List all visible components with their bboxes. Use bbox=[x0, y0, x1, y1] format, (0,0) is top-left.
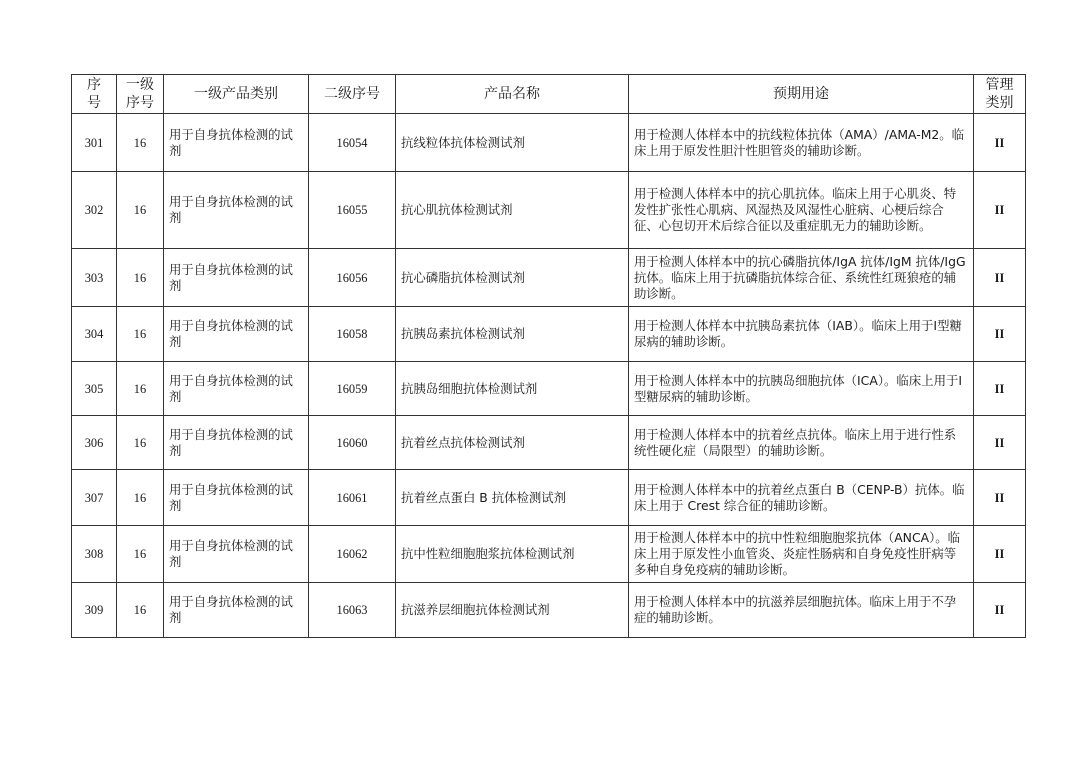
cell-management-class: II bbox=[974, 172, 1026, 249]
cell-level1-seq: 16 bbox=[117, 470, 164, 526]
header-level1-category: 一级产品类别 bbox=[164, 75, 309, 114]
cell-level1-seq: 16 bbox=[117, 362, 164, 416]
header-level1-seq: 一级序号 bbox=[117, 75, 164, 114]
cell-seq: 301 bbox=[72, 114, 117, 172]
cell-product-name: 抗滋养层细胞抗体检测试剂 bbox=[396, 583, 629, 638]
cell-product-name: 抗心磷脂抗体检测试剂 bbox=[396, 249, 629, 307]
cell-level1-category: 用于自身抗体检测的试剂 bbox=[164, 470, 309, 526]
cell-level1-seq: 16 bbox=[117, 583, 164, 638]
cell-management-class: II bbox=[974, 249, 1026, 307]
cell-management-class: II bbox=[974, 470, 1026, 526]
cell-management-class: II bbox=[974, 583, 1026, 638]
table-row: 303 16 用于自身抗体检测的试剂 16056 抗心磷脂抗体检测试剂 用于检测… bbox=[72, 249, 1026, 307]
table-body: 301 16 用于自身抗体检测的试剂 16054 抗线粒体抗体检测试剂 用于检测… bbox=[72, 114, 1026, 638]
header-seq: 序号 bbox=[72, 75, 117, 114]
cell-seq: 304 bbox=[72, 307, 117, 362]
cell-seq: 309 bbox=[72, 583, 117, 638]
header-management-class: 管理类别 bbox=[974, 75, 1026, 114]
cell-level1-category: 用于自身抗体检测的试剂 bbox=[164, 249, 309, 307]
table-row: 305 16 用于自身抗体检测的试剂 16059 抗胰岛细胞抗体检测试剂 用于检… bbox=[72, 362, 1026, 416]
cell-intended-use: 用于检测人体样本中的抗着丝点抗体。临床上用于进行性系统性硬化症（局限型）的辅助诊… bbox=[629, 416, 974, 470]
cell-level2-seq: 16054 bbox=[309, 114, 396, 172]
table-row: 304 16 用于自身抗体检测的试剂 16058 抗胰岛素抗体检测试剂 用于检测… bbox=[72, 307, 1026, 362]
cell-level1-seq: 16 bbox=[117, 526, 164, 583]
cell-level1-seq: 16 bbox=[117, 114, 164, 172]
cell-product-name: 抗心肌抗体检测试剂 bbox=[396, 172, 629, 249]
cell-level1-category: 用于自身抗体检测的试剂 bbox=[164, 416, 309, 470]
cell-level1-category: 用于自身抗体检测的试剂 bbox=[164, 583, 309, 638]
cell-seq: 306 bbox=[72, 416, 117, 470]
table-row: 302 16 用于自身抗体检测的试剂 16055 抗心肌抗体检测试剂 用于检测人… bbox=[72, 172, 1026, 249]
cell-seq: 303 bbox=[72, 249, 117, 307]
cell-seq: 308 bbox=[72, 526, 117, 583]
cell-intended-use: 用于检测人体样本中的抗着丝点蛋白 B（CENP-B）抗体。临床上用于 Crest… bbox=[629, 470, 974, 526]
cell-management-class: II bbox=[974, 416, 1026, 470]
table-header-row: 序号 一级序号 一级产品类别 二级序号 产品名称 预期用途 管理类别 bbox=[72, 75, 1026, 114]
cell-management-class: II bbox=[974, 362, 1026, 416]
cell-level2-seq: 16059 bbox=[309, 362, 396, 416]
cell-product-name: 抗胰岛素抗体检测试剂 bbox=[396, 307, 629, 362]
cell-level2-seq: 16062 bbox=[309, 526, 396, 583]
cell-product-name: 抗线粒体抗体检测试剂 bbox=[396, 114, 629, 172]
table-row: 301 16 用于自身抗体检测的试剂 16054 抗线粒体抗体检测试剂 用于检测… bbox=[72, 114, 1026, 172]
cell-intended-use: 用于检测人体样本中的抗心磷脂抗体/IgA 抗体/IgM 抗体/IgG 抗体。临床… bbox=[629, 249, 974, 307]
table-row: 306 16 用于自身抗体检测的试剂 16060 抗着丝点抗体检测试剂 用于检测… bbox=[72, 416, 1026, 470]
cell-management-class: II bbox=[974, 114, 1026, 172]
document-page: 序号 一级序号 一级产品类别 二级序号 产品名称 预期用途 管理类别 301 1… bbox=[0, 0, 1080, 763]
cell-product-name: 抗着丝点抗体检测试剂 bbox=[396, 416, 629, 470]
table-row: 308 16 用于自身抗体检测的试剂 16062 抗中性粒细胞胞浆抗体检测试剂 … bbox=[72, 526, 1026, 583]
cell-intended-use: 用于检测人体样本中的抗心肌抗体。临床上用于心肌炎、特发性扩张性心肌病、风湿热及风… bbox=[629, 172, 974, 249]
cell-product-name: 抗中性粒细胞胞浆抗体检测试剂 bbox=[396, 526, 629, 583]
cell-level2-seq: 16058 bbox=[309, 307, 396, 362]
cell-seq: 305 bbox=[72, 362, 117, 416]
cell-level1-seq: 16 bbox=[117, 416, 164, 470]
cell-product-name: 抗着丝点蛋白 B 抗体检测试剂 bbox=[396, 470, 629, 526]
cell-intended-use: 用于检测人体样本中的抗中性粒细胞胞浆抗体（ANCA）。临床上用于原发性小血管炎、… bbox=[629, 526, 974, 583]
cell-level2-seq: 16060 bbox=[309, 416, 396, 470]
table-row: 307 16 用于自身抗体检测的试剂 16061 抗着丝点蛋白 B 抗体检测试剂… bbox=[72, 470, 1026, 526]
cell-seq: 307 bbox=[72, 470, 117, 526]
cell-level1-seq: 16 bbox=[117, 249, 164, 307]
cell-intended-use: 用于检测人体样本中抗胰岛素抗体（IAB）。临床上用于I型糖尿病的辅助诊断。 bbox=[629, 307, 974, 362]
cell-intended-use: 用于检测人体样本中的抗滋养层细胞抗体。临床上用于不孕症的辅助诊断。 bbox=[629, 583, 974, 638]
cell-level1-category: 用于自身抗体检测的试剂 bbox=[164, 307, 309, 362]
header-intended-use: 预期用途 bbox=[629, 75, 974, 114]
cell-level1-category: 用于自身抗体检测的试剂 bbox=[164, 526, 309, 583]
cell-level1-seq: 16 bbox=[117, 172, 164, 249]
table-row: 309 16 用于自身抗体检测的试剂 16063 抗滋养层细胞抗体检测试剂 用于… bbox=[72, 583, 1026, 638]
cell-management-class: II bbox=[974, 307, 1026, 362]
cell-level1-category: 用于自身抗体检测的试剂 bbox=[164, 362, 309, 416]
cell-management-class: II bbox=[974, 526, 1026, 583]
cell-level1-category: 用于自身抗体检测的试剂 bbox=[164, 172, 309, 249]
cell-intended-use: 用于检测人体样本中的抗线粒体抗体（AMA）/AMA-M2。临床上用于原发性胆汁性… bbox=[629, 114, 974, 172]
header-product-name: 产品名称 bbox=[396, 75, 629, 114]
cell-level2-seq: 16055 bbox=[309, 172, 396, 249]
cell-intended-use: 用于检测人体样本中的抗胰岛细胞抗体（ICA）。临床上用于I型糖尿病的辅助诊断。 bbox=[629, 362, 974, 416]
cell-seq: 302 bbox=[72, 172, 117, 249]
cell-level1-seq: 16 bbox=[117, 307, 164, 362]
header-level2-seq: 二级序号 bbox=[309, 75, 396, 114]
cell-level2-seq: 16056 bbox=[309, 249, 396, 307]
cell-product-name: 抗胰岛细胞抗体检测试剂 bbox=[396, 362, 629, 416]
cell-level1-category: 用于自身抗体检测的试剂 bbox=[164, 114, 309, 172]
cell-level2-seq: 16063 bbox=[309, 583, 396, 638]
cell-level2-seq: 16061 bbox=[309, 470, 396, 526]
device-catalog-table: 序号 一级序号 一级产品类别 二级序号 产品名称 预期用途 管理类别 301 1… bbox=[71, 74, 1026, 638]
